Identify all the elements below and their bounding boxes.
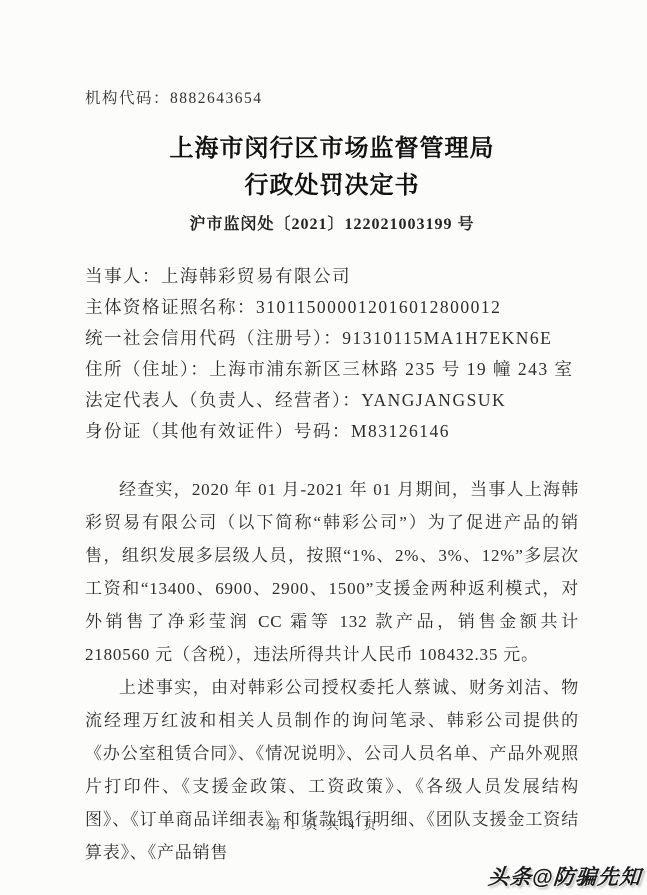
legal-representative-line: 法定代表人（负责人、经营者）：YANGJANGSUK: [85, 385, 579, 416]
address-line: 住所（住址）：上海市浦东新区三林路 235 号 19 幢 243 室: [85, 354, 579, 385]
document-title: 上海市闵行区市场监督管理局 行政处罚决定书: [85, 130, 579, 204]
license-name-line: 主体资格证照名称：310115000012016012800012: [85, 292, 579, 323]
page-content: 机构代码：8882643654 上海市闵行区市场监督管理局 行政处罚决定书 沪市…: [0, 0, 647, 869]
page-number-footer: 第 1 页 共 4 页: [0, 815, 647, 833]
party-name-line: 当事人：上海韩彩贸易有限公司: [85, 261, 579, 292]
penalty-decision-page: 机构代码：8882643654 上海市闵行区市场监督管理局 行政处罚决定书 沪市…: [0, 0, 647, 895]
id-number-line: 身份证（其他有效证件）号码：M83126146: [85, 416, 579, 447]
facts-paragraph: 经查实，2020 年 01 月-2021 年 01 月期间，当事人上海韩彩贸易有…: [85, 473, 579, 671]
org-code-line: 机构代码：8882643654: [85, 86, 579, 108]
body-text-block: 经查实，2020 年 01 月-2021 年 01 月期间，当事人上海韩彩贸易有…: [85, 473, 579, 869]
document-number: 沪市监闵处〔2021〕122021003199 号: [85, 211, 579, 234]
title-decision-line: 行政处罚决定书: [85, 167, 579, 204]
party-info-block: 当事人：上海韩彩贸易有限公司 主体资格证照名称：3101150000120160…: [85, 261, 579, 447]
title-authority-line: 上海市闵行区市场监督管理局: [85, 130, 579, 167]
toutiao-watermark: 头条@防骗先知: [486, 861, 642, 891]
evidence-paragraph: 上述事实，由对韩彩公司授权委托人蔡诚、财务刘洁、物流经理万红波和相关人员制作的询…: [85, 671, 579, 869]
credit-code-line: 统一社会信用代码（注册号）：91310115MA1H7EKN6E: [85, 323, 579, 354]
